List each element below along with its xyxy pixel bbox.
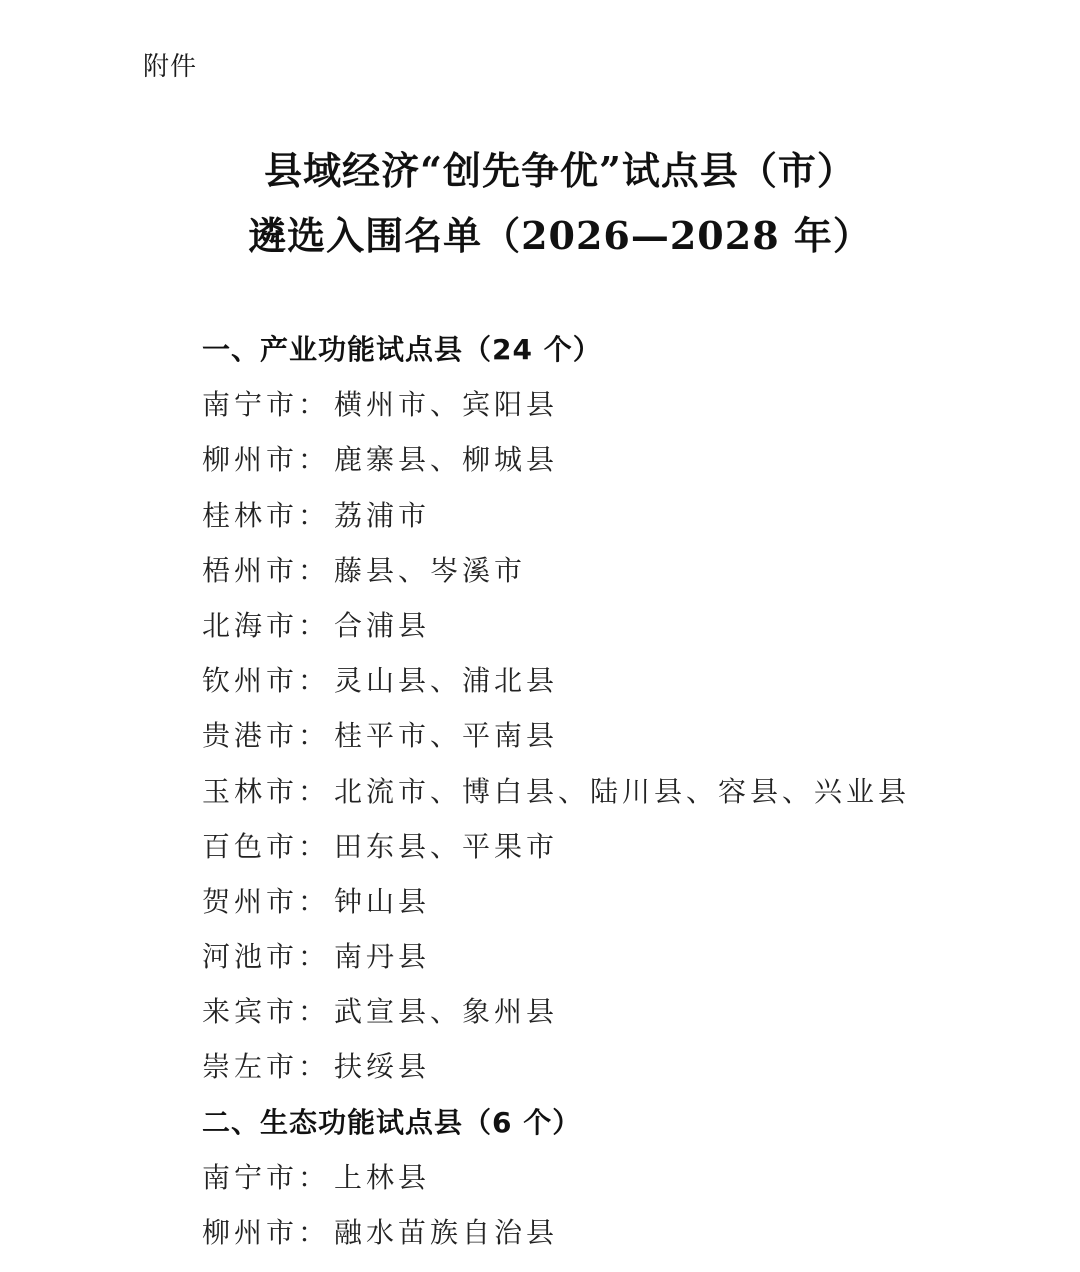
attachment-label: 附件 xyxy=(143,46,197,83)
city-name: 钦州市： xyxy=(202,661,330,701)
list-item: 贵港市：桂平市、平南县 xyxy=(202,716,910,771)
list-item: 来宾市：武宣县、象州县 xyxy=(202,992,910,1047)
list-item: 玉林市：北流市、博白县、陆川县、容县、兴业县 xyxy=(202,772,910,827)
city-name: 崇左市： xyxy=(202,1047,330,1087)
city-name: 北海市： xyxy=(202,606,330,646)
county-list: 藤县、岑溪市 xyxy=(334,551,526,591)
list-item: 梧州市：藤县、岑溪市 xyxy=(202,551,910,606)
section-heading-ecology: 二、生态功能试点县（6 个） xyxy=(202,1103,910,1158)
county-list: 荔浦市 xyxy=(334,496,430,536)
list-item: 北海市：合浦县 xyxy=(202,606,910,661)
city-name: 南宁市： xyxy=(202,385,330,425)
list-item: 南宁市：横州市、宾阳县 xyxy=(202,385,910,440)
county-list: 桂平市、平南县 xyxy=(334,716,558,756)
city-name: 河池市： xyxy=(202,937,330,977)
list-item: 崇左市：扶绥县 xyxy=(202,1047,910,1102)
city-name: 贺州市： xyxy=(202,882,330,922)
city-name: 来宾市： xyxy=(202,992,330,1032)
county-list: 田东县、平果市 xyxy=(334,827,558,867)
list-content: 一、产业功能试点县（24 个） 南宁市：横州市、宾阳县 柳州市：鹿寨县、柳城县 … xyxy=(202,330,910,1268)
list-item: 贺州市：钟山县 xyxy=(202,882,910,937)
list-item: 钦州市：灵山县、浦北县 xyxy=(202,661,910,716)
county-list: 融水苗族自治县 xyxy=(334,1213,558,1253)
document-title-line-2: 遴选入围名单（2026—2028 年） xyxy=(0,205,1080,260)
county-list: 灵山县、浦北县 xyxy=(334,661,558,701)
county-list: 上林县 xyxy=(334,1158,430,1198)
section-heading-industry: 一、产业功能试点县（24 个） xyxy=(202,330,910,385)
list-item: 河池市：南丹县 xyxy=(202,937,910,992)
county-list: 扶绥县 xyxy=(334,1047,430,1087)
list-item: 柳州市：融水苗族自治县 xyxy=(202,1213,910,1268)
county-list: 合浦县 xyxy=(334,606,430,646)
city-name: 贵港市： xyxy=(202,716,330,756)
county-list: 北流市、博白县、陆川县、容县、兴业县 xyxy=(334,772,910,812)
county-list: 鹿寨县、柳城县 xyxy=(334,440,558,480)
city-name: 百色市： xyxy=(202,827,330,867)
city-name: 玉林市： xyxy=(202,772,330,812)
list-item: 桂林市：荔浦市 xyxy=(202,496,910,551)
city-name: 柳州市： xyxy=(202,1213,330,1253)
county-list: 武宣县、象州县 xyxy=(334,992,558,1032)
city-name: 南宁市： xyxy=(202,1158,330,1198)
document-title-line-1: 县域经济“创先争优”试点县（市） xyxy=(0,140,1080,195)
city-name: 桂林市： xyxy=(202,496,330,536)
list-item: 百色市：田东县、平果市 xyxy=(202,827,910,882)
list-item: 柳州市：鹿寨县、柳城县 xyxy=(202,440,910,495)
list-item: 南宁市：上林县 xyxy=(202,1158,910,1213)
city-name: 柳州市： xyxy=(202,440,330,480)
county-list: 横州市、宾阳县 xyxy=(334,385,558,425)
city-name: 梧州市： xyxy=(202,551,330,591)
county-list: 钟山县 xyxy=(334,882,430,922)
county-list: 南丹县 xyxy=(334,937,430,977)
